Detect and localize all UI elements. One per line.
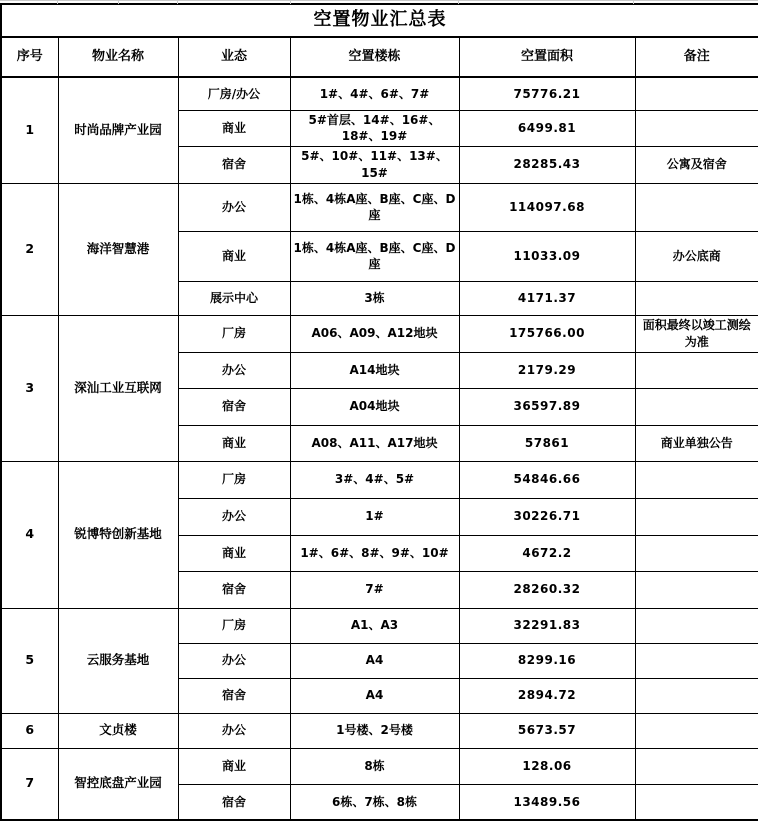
cell-vacant-buildings: 1#、6#、8#、9#、10#: [290, 535, 459, 571]
cell-vacant-area: 28260.32: [459, 571, 635, 608]
cell-vacant-buildings: 7#: [290, 571, 459, 608]
cell-property-name: 云服务基地: [58, 608, 178, 713]
cell-business-type: 办公: [178, 498, 290, 535]
cell-remark: 公寓及宿舍: [635, 146, 758, 183]
cell-serial-no: 7: [1, 748, 58, 820]
cell-vacant-buildings: 5#首层、14#、16#、18#、19#: [290, 110, 459, 146]
cell-vacant-area: 2179.29: [459, 352, 635, 388]
cell-vacant-area: 4672.2: [459, 535, 635, 571]
cell-vacant-area: 175766.00: [459, 315, 635, 352]
header-row: 序号 物业名称 业态 空置楼栋 空置面积 备注: [1, 37, 758, 77]
cell-vacant-area: 11033.09: [459, 231, 635, 281]
cell-business-type: 厂房: [178, 315, 290, 352]
cell-property-name: 海洋智慧港: [58, 183, 178, 315]
cell-vacant-buildings: 3#、4#、5#: [290, 461, 459, 498]
table-row: 6文贞楼办公1号楼、2号楼5673.57: [1, 713, 758, 748]
cell-vacant-buildings: A4: [290, 678, 459, 713]
table-row: 1时尚品牌产业园厂房/办公1#、4#、6#、7#75776.21: [1, 77, 758, 110]
gridline-tick: [290, 1, 291, 4]
cell-business-type: 商业: [178, 748, 290, 784]
cell-business-type: 宿舍: [178, 784, 290, 820]
cell-property-name: 智控底盘产业园: [58, 748, 178, 820]
cell-vacant-area: 4171.37: [459, 281, 635, 315]
cell-vacant-area: 13489.56: [459, 784, 635, 820]
cell-vacant-area: 54846.66: [459, 461, 635, 498]
cell-property-name: 时尚品牌产业园: [58, 77, 178, 183]
cell-remark: [635, 748, 758, 784]
cell-vacant-area: 36597.89: [459, 388, 635, 425]
cell-vacant-buildings: 6栋、7栋、8栋: [290, 784, 459, 820]
table-row: 7智控底盘产业园商业8栋128.06: [1, 748, 758, 784]
cell-business-type: 宿舍: [178, 388, 290, 425]
cell-vacant-area: 6499.81: [459, 110, 635, 146]
cell-vacant-buildings: A08、A11、A17地块: [290, 425, 459, 461]
table-row: 2海洋智慧港办公1栋、4栋A座、B座、C座、D座114097.68: [1, 183, 758, 231]
cell-business-type: 商业: [178, 535, 290, 571]
cell-business-type: 办公: [178, 643, 290, 678]
title-row: 空置物业汇总表: [1, 4, 758, 37]
table-row: 3深汕工业互联网厂房A06、A09、A12地块175766.00面积最终以竣工测…: [1, 315, 758, 352]
cell-vacant-area: 128.06: [459, 748, 635, 784]
spreadsheet-page: 空置物业汇总表 序号 物业名称 业态 空置楼栋 空置面积 备注 1时尚品牌产业园…: [0, 0, 758, 826]
cell-remark: [635, 643, 758, 678]
cell-serial-no: 5: [1, 608, 58, 713]
cell-vacant-buildings: 8栋: [290, 748, 459, 784]
cell-remark: [635, 535, 758, 571]
cell-vacant-buildings: A06、A09、A12地块: [290, 315, 459, 352]
cell-vacant-buildings: A04地块: [290, 388, 459, 425]
vacant-property-table: 空置物业汇总表 序号 物业名称 业态 空置楼栋 空置面积 备注 1时尚品牌产业园…: [0, 3, 758, 821]
gridline-tick: [57, 1, 58, 4]
cell-business-type: 厂房: [178, 461, 290, 498]
cell-vacant-buildings: 1#、4#、6#、7#: [290, 77, 459, 110]
cell-remark: [635, 678, 758, 713]
cell-serial-no: 6: [1, 713, 58, 748]
cell-vacant-area: 30226.71: [459, 498, 635, 535]
cell-vacant-buildings: 3栋: [290, 281, 459, 315]
cell-remark: [635, 784, 758, 820]
cell-remark: [635, 183, 758, 231]
cell-remark: [635, 352, 758, 388]
col-header-property-name: 物业名称: [58, 37, 178, 77]
cell-property-name: 锐博特创新基地: [58, 461, 178, 608]
cell-vacant-buildings: A14地块: [290, 352, 459, 388]
cell-serial-no: 1: [1, 77, 58, 183]
cell-remark: 面积最终以竣工测绘为准: [635, 315, 758, 352]
cell-business-type: 办公: [178, 352, 290, 388]
cell-vacant-area: 8299.16: [459, 643, 635, 678]
cell-business-type: 厂房/办公: [178, 77, 290, 110]
cell-remark: [635, 498, 758, 535]
cell-remark: [635, 388, 758, 425]
cell-business-type: 厂房: [178, 608, 290, 643]
cell-vacant-buildings: 5#、10#、11#、13#、15#: [290, 146, 459, 183]
cell-business-type: 商业: [178, 425, 290, 461]
cell-remark: [635, 110, 758, 146]
gridline-tick: [633, 1, 634, 4]
cell-vacant-area: 2894.72: [459, 678, 635, 713]
col-header-remark: 备注: [635, 37, 758, 77]
cell-vacant-buildings: 1号楼、2号楼: [290, 713, 459, 748]
cell-remark: [635, 571, 758, 608]
cell-remark: [635, 461, 758, 498]
cell-vacant-area: 5673.57: [459, 713, 635, 748]
cell-business-type: 宿舍: [178, 146, 290, 183]
cell-property-name: 深汕工业互联网: [58, 315, 178, 461]
cell-remark: [635, 77, 758, 110]
table-body: 1时尚品牌产业园厂房/办公1#、4#、6#、7#75776.21商业5#首层、1…: [1, 77, 758, 820]
table-row: 5云服务基地厂房A1、A332291.83: [1, 608, 758, 643]
cell-remark: [635, 713, 758, 748]
col-header-business-type: 业态: [178, 37, 290, 77]
cell-business-type: 办公: [178, 713, 290, 748]
gridline-tick: [177, 1, 178, 4]
cell-vacant-area: 28285.43: [459, 146, 635, 183]
cell-vacant-buildings: 1#: [290, 498, 459, 535]
cell-vacant-area: 32291.83: [459, 608, 635, 643]
col-header-serial-no: 序号: [1, 37, 58, 77]
cell-remark: 商业单独公告: [635, 425, 758, 461]
cell-serial-no: 4: [1, 461, 58, 608]
cell-vacant-buildings: A4: [290, 643, 459, 678]
cell-business-type: 办公: [178, 183, 290, 231]
cell-property-name: 文贞楼: [58, 713, 178, 748]
cell-vacant-area: 57861: [459, 425, 635, 461]
table-row: 4锐博特创新基地厂房3#、4#、5#54846.66: [1, 461, 758, 498]
cell-business-type: 宿舍: [178, 678, 290, 713]
cell-vacant-buildings: A1、A3: [290, 608, 459, 643]
cell-vacant-area: 75776.21: [459, 77, 635, 110]
col-header-vacant-area: 空置面积: [459, 37, 635, 77]
cell-serial-no: 3: [1, 315, 58, 461]
cell-business-type: 展示中心: [178, 281, 290, 315]
cell-serial-no: 2: [1, 183, 58, 315]
col-header-vacant-buildings: 空置楼栋: [290, 37, 459, 77]
cell-remark: 办公底商: [635, 231, 758, 281]
table-title: 空置物业汇总表: [1, 4, 758, 37]
cell-business-type: 商业: [178, 231, 290, 281]
gridline-tick: [458, 1, 459, 4]
cell-vacant-area: 114097.68: [459, 183, 635, 231]
gridline-tick: [118, 1, 119, 4]
cell-business-type: 宿舍: [178, 571, 290, 608]
cell-vacant-buildings: 1栋、4栋A座、B座、C座、D座: [290, 183, 459, 231]
cell-vacant-buildings: 1栋、4栋A座、B座、C座、D座: [290, 231, 459, 281]
gridline-remnant: [0, 0, 758, 3]
cell-remark: [635, 281, 758, 315]
cell-remark: [635, 608, 758, 643]
cell-business-type: 商业: [178, 110, 290, 146]
